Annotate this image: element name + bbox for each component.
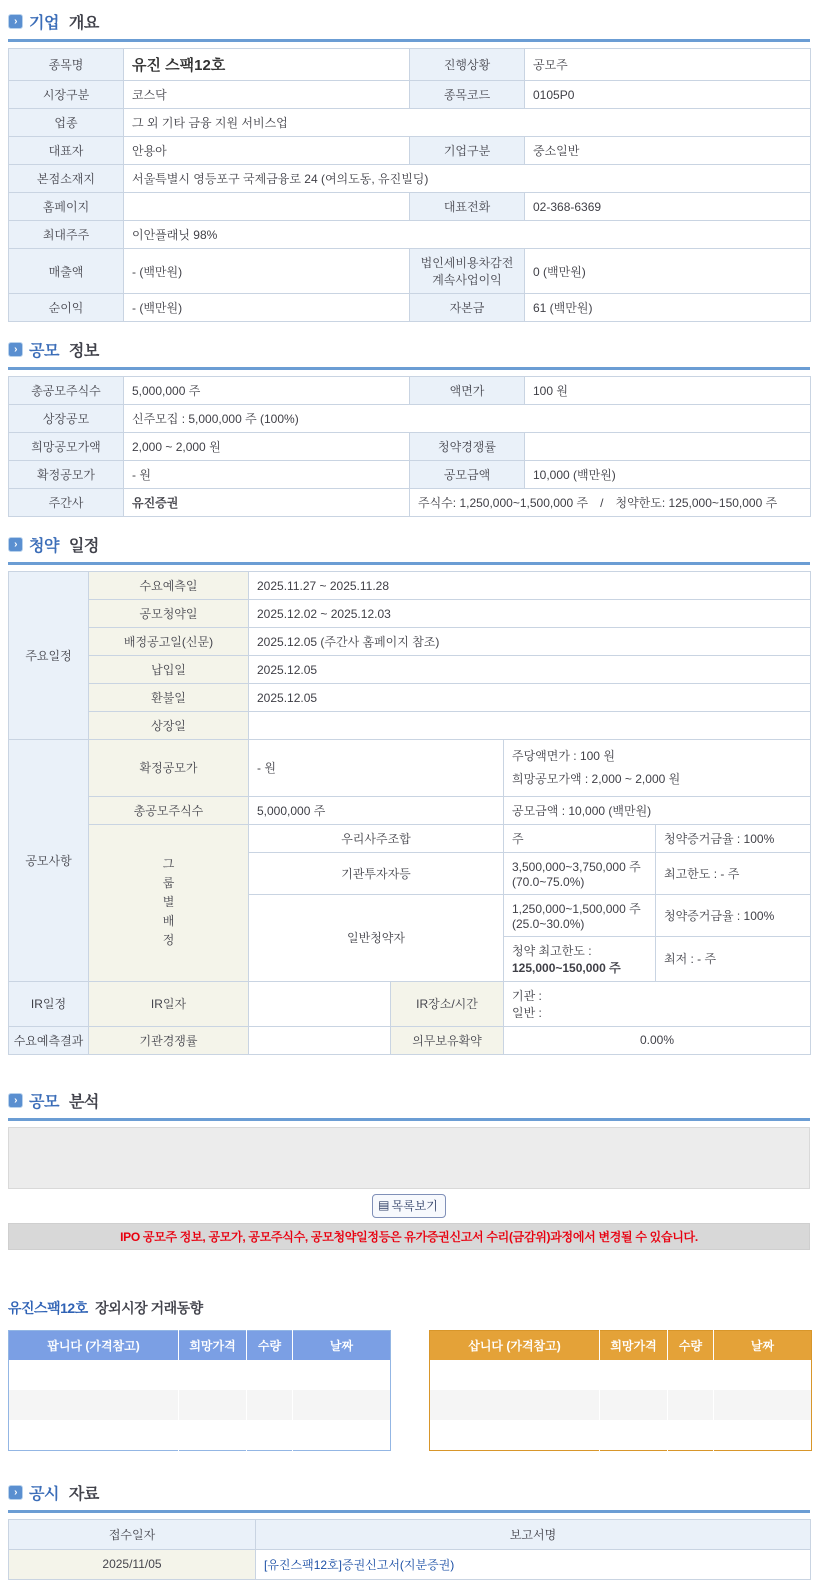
- cell-label: 공모청약일: [89, 600, 249, 628]
- cell-label: 업종: [9, 109, 124, 137]
- allocation-note: 최저 : - 주: [656, 936, 811, 981]
- cell-label: 총공모주식수: [9, 377, 124, 405]
- table-row: 공모청약일 2025.12.02 ~ 2025.12.03: [9, 600, 811, 628]
- section-title-rest: 일정: [69, 533, 99, 556]
- column-header: 수량: [668, 1330, 714, 1360]
- section-title-analysis: › 공모 분석: [8, 1089, 810, 1112]
- empty-cell: [179, 1390, 247, 1420]
- page: › 기업 개요 종목명 유진 스팩12호 진행상황 공모주 시장구분 코스닥 종…: [0, 0, 818, 1580]
- table-row: 총공모주식수 5,000,000 주 액면가 100 원: [9, 377, 811, 405]
- cell-value: - (백만원): [124, 294, 410, 322]
- filing-date: 2025/11/05: [9, 1549, 256, 1579]
- empty-cell: [9, 1420, 179, 1451]
- cell-value: 0 (백만원): [525, 249, 811, 294]
- table-row: 납입일 2025.12.05: [9, 656, 811, 684]
- column-header: 희망가격: [179, 1330, 247, 1360]
- otc-section-title: 유진스팩12호 장외시장 거래동향: [8, 1298, 810, 1318]
- section-rule: [8, 39, 810, 42]
- cell-value: 그 외 기타 금융 지원 서비스업: [124, 109, 811, 137]
- cell-label: IR장소/시간: [391, 981, 504, 1026]
- stock-name: 유진 스팩12호: [132, 57, 225, 74]
- cell-value: [249, 1026, 391, 1054]
- table-row: 2025/11/05 [유진스팩12호]증권신고서(지분증권): [9, 1549, 811, 1579]
- allocation-value: 1,250,000~1,500,000 주 (25.0~30.0%): [504, 894, 656, 936]
- table-row: [430, 1390, 812, 1420]
- disclosure-table: 접수일자 보고서명 2025/11/05 [유진스팩12호]증권신고서(지분증권…: [8, 1519, 811, 1580]
- list-view-button-label: 목록보기: [391, 1197, 437, 1214]
- empty-cell: [714, 1420, 812, 1451]
- otc-stock-name: 유진스팩12호: [8, 1300, 88, 1316]
- table-row: 확정공모가 - 원 공모금액 10,000 (백만원): [9, 461, 811, 489]
- subscription-schedule-table: 주요일정 수요예측일 2025.11.27 ~ 2025.11.28 공모청약일…: [8, 571, 811, 1055]
- empty-cell: [179, 1420, 247, 1451]
- cell-label: 매출액: [9, 249, 124, 294]
- section-title-offering: › 공모 정보: [8, 338, 810, 361]
- group-label: IR일정: [9, 981, 89, 1026]
- section-rule: [8, 1118, 810, 1121]
- cell-label: 대표전화: [410, 193, 525, 221]
- section-rule: [8, 562, 810, 565]
- buy-offers-table: 삽니다 (가격참고) 희망가격 수량 날짜: [429, 1330, 812, 1451]
- section-rule: [8, 367, 810, 370]
- cell-value: 주식수: 1,250,000~1,500,000 주 / 청약한도: 125,0…: [410, 489, 811, 517]
- table-row: [430, 1360, 812, 1390]
- allocation-category: 일반청약자: [249, 894, 504, 981]
- empty-cell: [714, 1390, 812, 1420]
- cell-label: 기업구분: [410, 137, 525, 165]
- analysis-empty-panel: [8, 1127, 810, 1189]
- table-header-row: 팝니다 (가격참고) 희망가격 수량 날짜: [9, 1330, 391, 1360]
- empty-cell: [668, 1360, 714, 1390]
- sell-offers-table: 팝니다 (가격참고) 희망가격 수량 날짜: [8, 1330, 391, 1451]
- analysis-block: ▤ 목록보기 IPO 공모주 정보, 공모가, 공모주식수, 공모청약일정등은 …: [8, 1127, 810, 1250]
- cell-label: IR일자: [89, 981, 249, 1026]
- empty-cell: [293, 1390, 391, 1420]
- report-link[interactable]: [유진스팩12호]증권신고서(지분증권): [264, 1558, 454, 1572]
- cell-value: 2025.12.05 (주간사 홈페이지 참조): [249, 628, 811, 656]
- group-label: 공모사항: [9, 740, 89, 982]
- column-header: 날짜: [714, 1330, 812, 1360]
- cell-value: [249, 712, 811, 740]
- section-title-rest: 정보: [69, 338, 99, 361]
- empty-cell: [668, 1420, 714, 1451]
- section-title-disclosure: › 공시 자료: [8, 1481, 810, 1504]
- section-rule: [8, 1510, 810, 1513]
- cell-value: 61 (백만원): [525, 294, 811, 322]
- cell-label: 청약경쟁률: [410, 433, 525, 461]
- empty-cell: [600, 1390, 668, 1420]
- group-label: 수요예측결과: [9, 1026, 89, 1054]
- cell-label: 확정공모가: [89, 740, 249, 797]
- offering-info-table: 총공모주식수 5,000,000 주 액면가 100 원 상장공모 신주모집 :…: [8, 376, 811, 517]
- table-row: [9, 1420, 391, 1451]
- table-header-row: 삽니다 (가격참고) 희망가격 수량 날짜: [430, 1330, 812, 1360]
- column-header: 수량: [247, 1330, 293, 1360]
- cell-value: 기관 : 일반 :: [504, 981, 811, 1026]
- arrow-badge-icon: ›: [8, 1485, 23, 1500]
- empty-cell: [179, 1360, 247, 1390]
- section-title-rest: 개요: [69, 10, 99, 33]
- cell-value: - 원: [249, 740, 504, 797]
- table-row: 환불일 2025.12.05: [9, 684, 811, 712]
- allocation-value: 주: [504, 824, 656, 852]
- cell-label: 대표자: [9, 137, 124, 165]
- empty-cell: [600, 1420, 668, 1451]
- table-row: IR일정 IR일자 IR장소/시간 기관 : 일반 :: [9, 981, 811, 1026]
- column-header: 팝니다 (가격참고): [9, 1330, 179, 1360]
- empty-cell: [247, 1420, 293, 1451]
- cell-label: 상장일: [89, 712, 249, 740]
- cell-value: - (백만원): [124, 249, 410, 294]
- cell-value: [249, 981, 391, 1026]
- allocation-note: 청약증거금율 : 100%: [656, 824, 811, 852]
- lockup-ratio: 0.00%: [504, 1026, 811, 1054]
- max-limit-value: 125,000~150,000 주: [512, 959, 647, 976]
- cell-value: [525, 433, 811, 461]
- section-title-accent: 공모: [29, 1089, 59, 1112]
- table-row: 종목명 유진 스팩12호 진행상황 공모주: [9, 49, 811, 81]
- cell-value: 0105P0: [525, 81, 811, 109]
- arrow-badge-icon: ›: [8, 342, 23, 357]
- par-value-note: 주당액면가 : 100 원: [512, 745, 802, 768]
- empty-cell: [9, 1390, 179, 1420]
- company-overview-table: 종목명 유진 스팩12호 진행상황 공모주 시장구분 코스닥 종목코드 0105…: [8, 48, 811, 322]
- empty-cell: [430, 1360, 600, 1390]
- empty-cell: [247, 1390, 293, 1420]
- table-row: [9, 1360, 391, 1390]
- cell-label: 법인세비용차감전 계속사업이익: [410, 249, 525, 294]
- cell-value: 5,000,000 주: [124, 377, 410, 405]
- section-title-accent: 기업: [29, 10, 59, 33]
- lead-underwriter: 유진증권: [124, 489, 410, 517]
- cell-label: 최대주주: [9, 221, 124, 249]
- cell-label: 진행상황: [410, 49, 525, 81]
- cell-value: 100 원: [525, 377, 811, 405]
- empty-cell: [714, 1360, 812, 1390]
- cell-label: 홈페이지: [9, 193, 124, 221]
- button-row: ▤ 목록보기: [8, 1189, 810, 1223]
- empty-cell: [9, 1360, 179, 1390]
- table-row: 공모사항 확정공모가 - 원 주당액면가 : 100 원 희망공모가액 : 2,…: [9, 740, 811, 797]
- table-row: 그룹별배정 우리사주조합 주 청약증거금율 : 100%: [9, 824, 811, 852]
- cell-value: 10,000 (백만원): [525, 461, 811, 489]
- cell-label: 확정공모가: [9, 461, 124, 489]
- cell-value: 코스닥: [124, 81, 410, 109]
- cell-value: 유진 스팩12호: [124, 49, 410, 81]
- cell-label: 의무보유확약: [391, 1026, 504, 1054]
- cell-value: 신주모집 : 5,000,000 주 (100%): [124, 405, 811, 433]
- cell-value: 2025.11.27 ~ 2025.11.28: [249, 572, 811, 600]
- empty-cell: [430, 1390, 600, 1420]
- cell-label: 기관경쟁률: [89, 1026, 249, 1054]
- column-header: 접수일자: [9, 1519, 256, 1549]
- otc-tables: 팝니다 (가격참고) 희망가격 수량 날짜 삽니다 (가격참고) 희망가격 수량…: [8, 1330, 810, 1451]
- cell-label: 총공모주식수: [89, 796, 249, 824]
- empty-cell: [600, 1360, 668, 1390]
- allocation-category: 기관투자자등: [249, 852, 504, 894]
- cell-value: 2025.12.05: [249, 656, 811, 684]
- table-row: 주요일정 수요예측일 2025.11.27 ~ 2025.11.28: [9, 572, 811, 600]
- table-row: 홈페이지 대표전화 02-368-6369: [9, 193, 811, 221]
- allocation-note: 청약증거금율 : 100%: [656, 894, 811, 936]
- arrow-badge-icon: ›: [8, 14, 23, 29]
- cell-label: 배정공고일(신문): [89, 628, 249, 656]
- list-view-button[interactable]: ▤ 목록보기: [372, 1194, 446, 1218]
- cell-value: 5,000,000 주: [249, 796, 504, 824]
- ipo-disclaimer: IPO 공모주 정보, 공모가, 공모주식수, 공모청약일정등은 유가증권신고서…: [8, 1223, 810, 1250]
- allocation-value: 청약 최고한도 : 125,000~150,000 주: [504, 936, 656, 981]
- table-row: 시장구분 코스닥 종목코드 0105P0: [9, 81, 811, 109]
- table-row: [430, 1420, 812, 1451]
- table-row: 대표자 안용아 기업구분 중소일반: [9, 137, 811, 165]
- column-header: 희망가격: [600, 1330, 668, 1360]
- ir-place-org: 기관 :: [512, 987, 802, 1004]
- arrow-badge-icon: ›: [8, 1093, 23, 1108]
- section-title-rest: 자료: [69, 1481, 99, 1504]
- section-title-accent: 청약: [29, 533, 59, 556]
- cell-label: 자본금: [410, 294, 525, 322]
- cell-value: 2,000 ~ 2,000 원: [124, 433, 410, 461]
- cell-label: 공모금액: [410, 461, 525, 489]
- cell-label: 희망공모가액: [9, 433, 124, 461]
- table-row: 배정공고일(신문) 2025.12.05 (주간사 홈페이지 참조): [9, 628, 811, 656]
- cell-value: [124, 193, 410, 221]
- cell-value: 서울특별시 영등포구 국제금융로 24 (여의도동, 유진빌딩): [124, 165, 811, 193]
- document-list-icon: ▤: [378, 1199, 389, 1211]
- empty-cell: [668, 1390, 714, 1420]
- cell-note: 공모금액 : 10,000 (백만원): [504, 796, 811, 824]
- table-row: [9, 1390, 391, 1420]
- cell-label: 납입일: [89, 656, 249, 684]
- cell-value: 02-368-6369: [525, 193, 811, 221]
- column-header: 삽니다 (가격참고): [430, 1330, 600, 1360]
- cell-note: 주당액면가 : 100 원 희망공모가액 : 2,000 ~ 2,000 원: [504, 740, 811, 797]
- vertical-label: 그룹별배정: [161, 855, 177, 951]
- cell-value: 이안플래닛 98%: [124, 221, 811, 249]
- section-title-accent: 공모: [29, 338, 59, 361]
- column-header: 보고서명: [256, 1519, 811, 1549]
- cell-value: 공모주: [525, 49, 811, 81]
- table-row: 주간사 유진증권 주식수: 1,250,000~1,500,000 주 / 청약…: [9, 489, 811, 517]
- empty-cell: [293, 1420, 391, 1451]
- table-row: 업종 그 외 기타 금융 지원 서비스업: [9, 109, 811, 137]
- cell-label: 상장공모: [9, 405, 124, 433]
- max-limit-label: 청약 최고한도 :: [512, 942, 647, 959]
- cell-label: 수요예측일: [89, 572, 249, 600]
- hope-price-note: 희망공모가액 : 2,000 ~ 2,000 원: [512, 768, 802, 791]
- group-allocation-label: 그룹별배정: [89, 824, 249, 981]
- cell-label: 액면가: [410, 377, 525, 405]
- table-row: 희망공모가액 2,000 ~ 2,000 원 청약경쟁률: [9, 433, 811, 461]
- table-row: 본점소재지 서울특별시 영등포구 국제금융로 24 (여의도동, 유진빌딩): [9, 165, 811, 193]
- cell-label: 순이익: [9, 294, 124, 322]
- cell-label: 시장구분: [9, 81, 124, 109]
- cell-value: 2025.12.05: [249, 684, 811, 712]
- allocation-category: 우리사주조합: [249, 824, 504, 852]
- table-row: 총공모주식수 5,000,000 주 공모금액 : 10,000 (백만원): [9, 796, 811, 824]
- group-label: 주요일정: [9, 572, 89, 740]
- table-row: 상장일: [9, 712, 811, 740]
- cell-value: 중소일반: [525, 137, 811, 165]
- empty-cell: [430, 1420, 600, 1451]
- section-title-rest: 분석: [69, 1089, 99, 1112]
- empty-cell: [247, 1360, 293, 1390]
- section-title-accent: 공시: [29, 1481, 59, 1504]
- allocation-value: 3,500,000~3,750,000 주 (70.0~75.0%): [504, 852, 656, 894]
- cell-label: 주간사: [9, 489, 124, 517]
- allocation-note: 최고한도 : - 주: [656, 852, 811, 894]
- otc-title-rest: 장외시장 거래동향: [95, 1300, 203, 1316]
- arrow-badge-icon: ›: [8, 537, 23, 552]
- table-row: 순이익 - (백만원) 자본금 61 (백만원): [9, 294, 811, 322]
- cell-value: 안용아: [124, 137, 410, 165]
- column-header: 날짜: [293, 1330, 391, 1360]
- cell-label: 종목코드: [410, 81, 525, 109]
- section-title-schedule: › 청약 일정: [8, 533, 810, 556]
- cell-label: 본점소재지: [9, 165, 124, 193]
- section-title-company: › 기업 개요: [8, 10, 810, 33]
- cell-value: 2025.12.02 ~ 2025.12.03: [249, 600, 811, 628]
- cell-value: [유진스팩12호]증권신고서(지분증권): [256, 1549, 811, 1579]
- ir-place-public: 일반 :: [512, 1004, 802, 1021]
- cell-value: - 원: [124, 461, 410, 489]
- cell-label: 종목명: [9, 49, 124, 81]
- table-row: 수요예측결과 기관경쟁률 의무보유확약 0.00%: [9, 1026, 811, 1054]
- cell-label: 환불일: [89, 684, 249, 712]
- table-header-row: 접수일자 보고서명: [9, 1519, 811, 1549]
- table-row: 상장공모 신주모집 : 5,000,000 주 (100%): [9, 405, 811, 433]
- table-row: 매출액 - (백만원) 법인세비용차감전 계속사업이익 0 (백만원): [9, 249, 811, 294]
- empty-cell: [293, 1360, 391, 1390]
- table-row: 최대주주 이안플래닛 98%: [9, 221, 811, 249]
